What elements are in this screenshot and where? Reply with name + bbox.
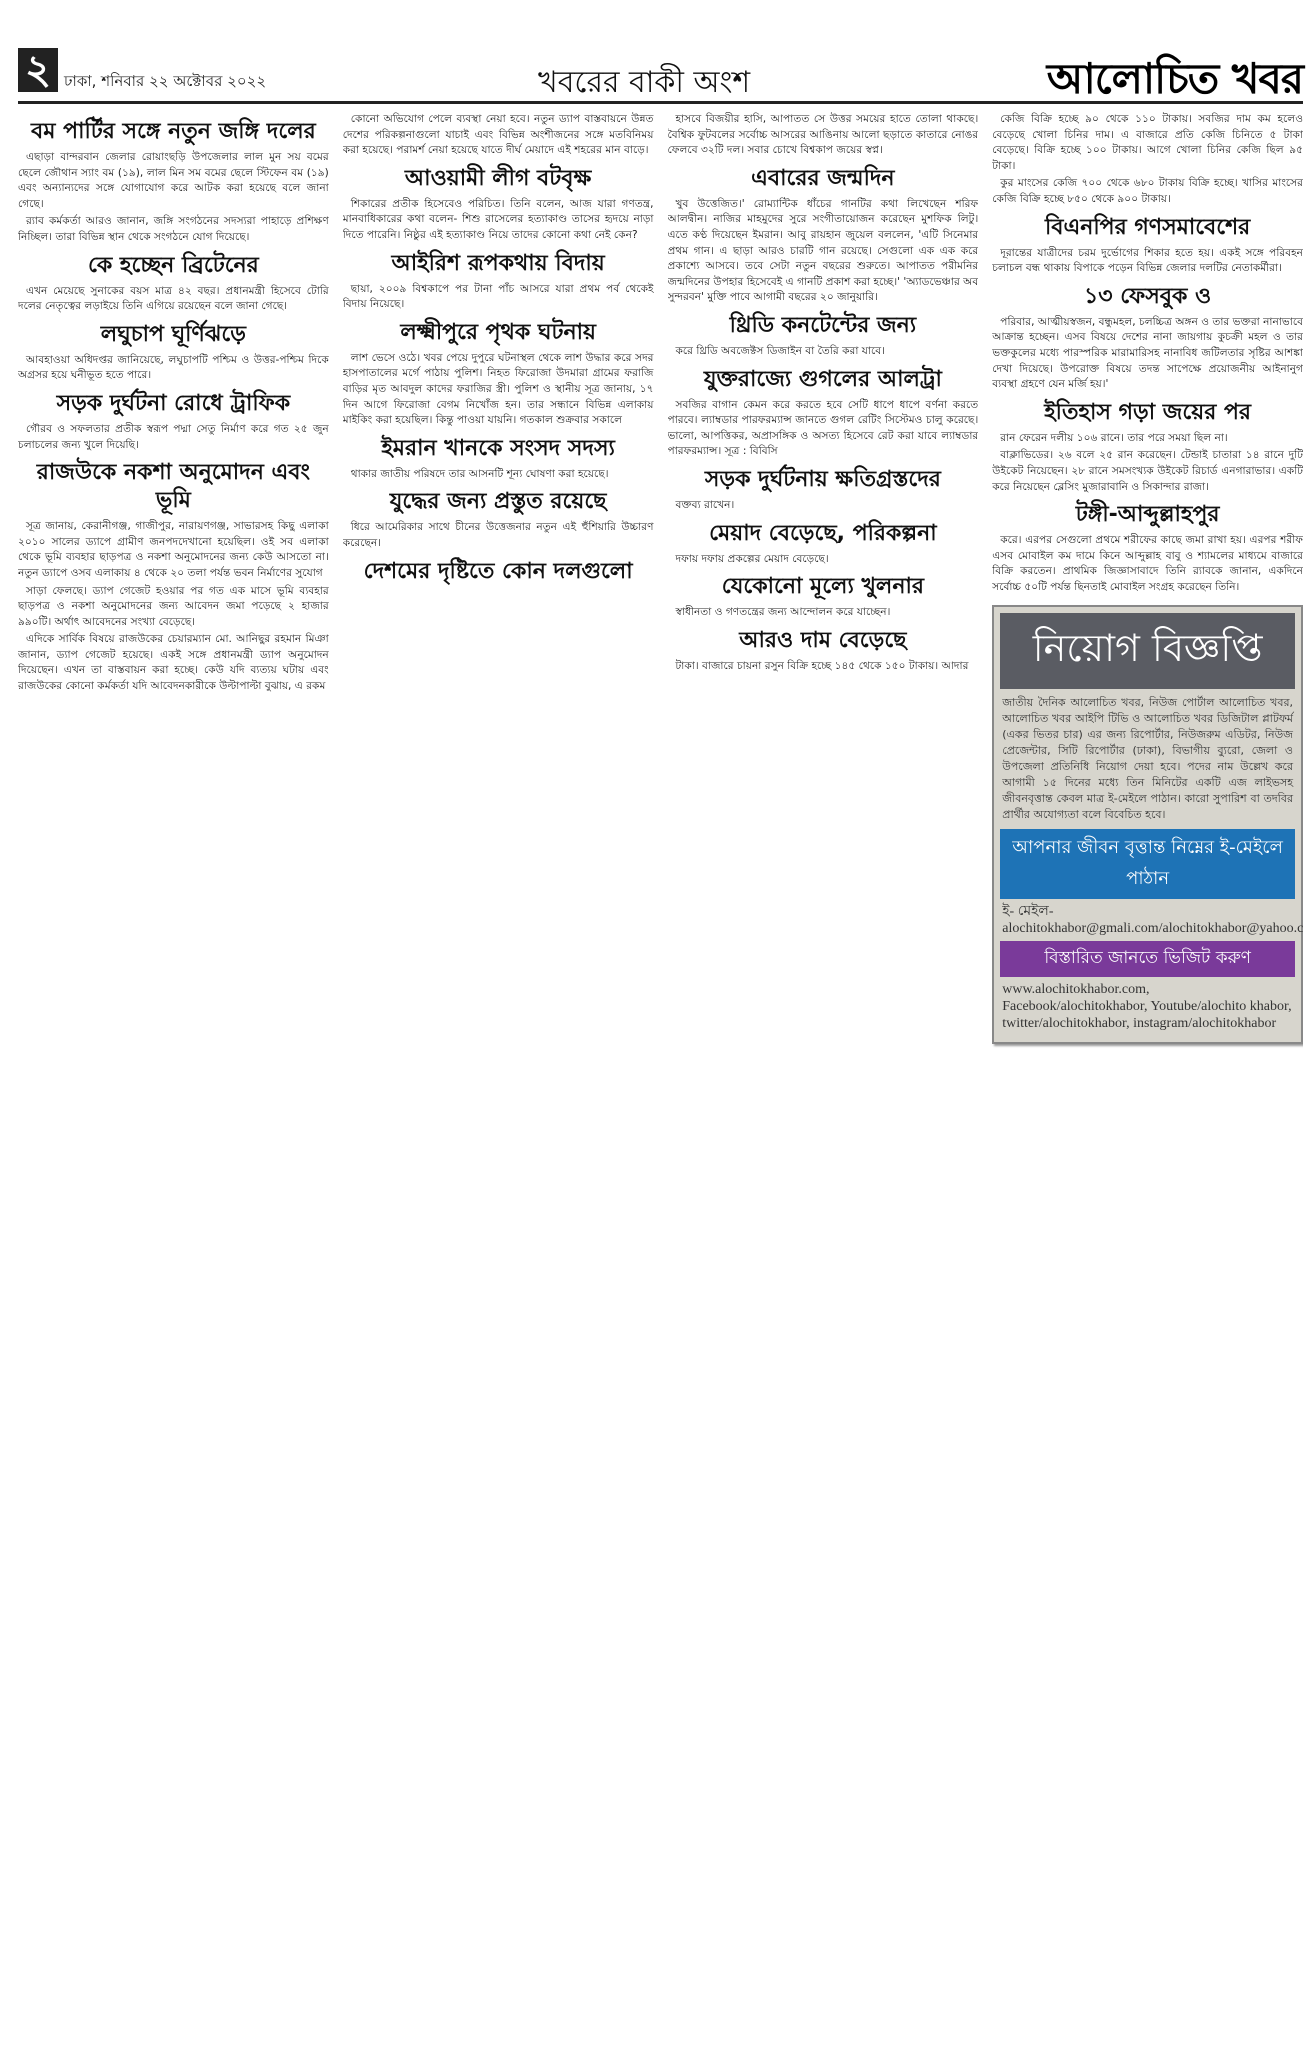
article-body: শিকারের প্রতীক হিসেবেও পরিচিত। তিনি বলেন…: [343, 197, 654, 244]
article-body: লাশ ভেসে ওঠে। খবর পেয়ে দুপুরে ঘটনাস্থল …: [343, 351, 654, 429]
news-article: যুক্তরাজ্যে গুগলের আলট্রাসবজির বাগান কেম…: [668, 366, 979, 460]
news-article: সড়ক দুর্ঘটনা রোধে ট্রাফিকগৌরব ও সফলতার …: [18, 390, 329, 453]
news-article: বিএনপির গণসমাবেশেরদূরান্তের যাত্রীদের চর…: [992, 214, 1303, 277]
news-article: লক্ষ্মীপুরে পৃথক ঘটনায়লাশ ভেসে ওঠে। খবর…: [343, 319, 654, 429]
article-paragraph: ধিরে আমেরিকার সাথে চীনের উত্তেজনার নতুন …: [343, 520, 654, 551]
article-headline: আওয়ামী লীগ বটবৃক্ষ: [343, 165, 654, 193]
article-body: ধিরে আমেরিকার সাথে চীনের উত্তেজনার নতুন …: [343, 520, 654, 551]
article-headline: কে হচ্ছেন ব্রিটেনের: [18, 252, 329, 280]
news-article: কোনো অভিযোগ পেলে ব্যবস্থা নেয়া হবে। নতু…: [343, 112, 654, 159]
article-paragraph: স্বাধীনতা ও গণতন্ত্রের জন্য আন্দোলন করে …: [668, 605, 979, 621]
news-article: আইরিশ রূপকথায় বিদায়ছায়া, ২০০৯ বিশ্বকা…: [343, 250, 654, 313]
article-headline: টঙ্গী-আব্দুল্লাহপুর: [992, 501, 1303, 529]
article-body: ছায়া, ২০০৯ বিশ্বকাপে পর টানা পাঁচ আসরে …: [343, 282, 654, 313]
article-headline: আরও দাম বেড়েছে: [668, 627, 979, 655]
news-article: রাজউকে নকশা অনুমোদন এবং ভূমিসূত্র জানায়…: [18, 459, 329, 695]
column-4-articles: কেজি বিক্রি হচ্ছে ৯০ থেকে ১১০ টাকায়। সব…: [992, 112, 1303, 595]
article-body: থাকার জাতীয় পরিষদে তার আসনটি শূন্য ঘোষণ…: [343, 467, 654, 483]
article-headline: মেয়াদ বেড়েছে, পরিকল্পনা: [668, 520, 979, 548]
article-paragraph: এছাড়া বান্দরবান জেলার রোয়াংছড়ি উপজেলা…: [18, 150, 329, 212]
article-body: করে থ্রিডি অবজেক্টস ডিজাইন বা তৈরি করা য…: [668, 344, 979, 360]
news-article: কেজি বিক্রি হচ্ছে ৯০ থেকে ১১০ টাকায়। সব…: [992, 112, 1303, 208]
news-article: আরও দাম বেড়েছেটাকা। বাজারে চায়না রসুন …: [668, 627, 979, 675]
article-body: গৌরব ও সফলতার প্রতীক স্বরূপ পদ্মা সেতু ন…: [18, 422, 329, 453]
article-paragraph: র‍্যাব কর্মকর্তা আরও জানান, জঙ্গি সংগঠনে…: [18, 214, 329, 245]
article-paragraph: করে। এরপর সেগুলো প্রথমে শরীফের কাছে জমা …: [992, 533, 1303, 595]
news-article: আওয়ামী লীগ বটবৃক্ষশিকারের প্রতীক হিসেবে…: [343, 165, 654, 244]
article-paragraph: ছায়া, ২০০৯ বিশ্বকাপে পর টানা পাঁচ আসরে …: [343, 282, 654, 313]
column-4: কেজি বিক্রি হচ্ছে ৯০ থেকে ১১০ টাকায়। সব…: [992, 112, 1303, 2012]
article-paragraph: করে থ্রিডি অবজেক্টস ডিজাইন বা তৈরি করা য…: [668, 344, 979, 360]
article-headline: সড়ক দুর্ঘটনা রোধে ট্রাফিক: [18, 390, 329, 418]
article-paragraph: শিকারের প্রতীক হিসেবেও পরিচিত। তিনি বলেন…: [343, 197, 654, 244]
article-headline: রাজউকে নকশা অনুমোদন এবং ভূমি: [18, 459, 329, 515]
news-article: টঙ্গী-আব্দুল্লাহপুরকরে। এরপর সেগুলো প্রথ…: [992, 501, 1303, 595]
article-headline: যুদ্ধের জন্য প্রস্তুত রয়েছে: [343, 488, 654, 516]
article-body: খুব উত্তেজিত।' রোম্যান্টিক ধাঁচের গানটির…: [668, 197, 979, 306]
article-headline: আইরিশ রূপকথায় বিদায়: [343, 250, 654, 278]
article-paragraph: কোনো অভিযোগ পেলে ব্যবস্থা নেয়া হবে। নতু…: [343, 112, 654, 159]
news-columns: বম পার্টির সঙ্গে নতুন জঙ্গি দলেরএছাড়া ব…: [18, 112, 1303, 2012]
page-masthead: ২ ঢাকা, শনিবার ২২ অক্টোবর ২০২২ খবরের বাক…: [18, 44, 1303, 104]
email-address-line[interactable]: ই- মেইল- alochitokhabor@gmali.com/alochi…: [1002, 903, 1293, 937]
article-paragraph: পরিবার, আত্মীয়স্বজন, বন্ধুমহল, চলচ্চিত্…: [992, 315, 1303, 393]
news-article: দেশমের দৃষ্টিতে কোন দলগুলো: [343, 558, 654, 586]
visit-cta-banner: বিস্তারিত জানতে ভিজিট করুণ: [1000, 941, 1295, 977]
article-paragraph: দফায় দফায় প্রকল্পের মেয়াদ বেড়েছে।: [668, 552, 979, 568]
article-headline: ১৩ ফেসবুক ও: [992, 283, 1303, 311]
article-paragraph: কেজি বিক্রি হচ্ছে ৯০ থেকে ১১০ টাকায়। সব…: [992, 112, 1303, 174]
news-article: থ্রিডি কনটেন্টের জন্যকরে থ্রিডি অবজেক্টস…: [668, 312, 979, 360]
article-paragraph: হাসবে বিজয়ীর হাসি, আপাতত সে উত্তর সময়ে…: [668, 112, 979, 159]
article-body: এছাড়া বান্দরবান জেলার রোয়াংছড়ি উপজেলা…: [18, 150, 329, 246]
news-article: ১৩ ফেসবুক ওপরিবার, আত্মীয়স্বজন, বন্ধুমহ…: [992, 283, 1303, 393]
article-body: পরিবার, আত্মীয়স্বজন, বন্ধুমহল, চলচ্চিত্…: [992, 315, 1303, 393]
newspaper-logo: আলোচিত খবর: [1047, 46, 1303, 117]
article-body: দূরান্তের যাত্রীদের চরম দুর্ভোগের শিকার …: [992, 246, 1303, 277]
article-body: করে। এরপর সেগুলো প্রথমে শরীফের কাছে জমা …: [992, 533, 1303, 595]
article-body: কেজি বিক্রি হচ্ছে ৯০ থেকে ১১০ টাকায়। সব…: [992, 112, 1303, 208]
article-body: আবহাওয়া অধিদপ্তর জানিয়েছে, লঘুচাপটি পশ…: [18, 353, 329, 384]
article-paragraph: বক্তব্য রাখেন।: [668, 498, 979, 514]
article-headline: বিএনপির গণসমাবেশের: [992, 214, 1303, 242]
article-paragraph: বাক্লাভিডের। ২৬ বলে ২৫ রান করেছেন। টেন্ড…: [992, 448, 1303, 495]
dateline: ঢাকা, শনিবার ২২ অক্টোবর ২০২২: [64, 70, 266, 95]
news-article: মেয়াদ বেড়েছে, পরিকল্পনাদফায় দফায় প্র…: [668, 520, 979, 568]
news-article: ইমরান খানকে সংসদ সদস্যথাকার জাতীয় পরিষদ…: [343, 435, 654, 483]
article-body: দফায় দফায় প্রকল্পের মেয়াদ বেড়েছে।: [668, 552, 979, 568]
article-headline: থ্রিডি কনটেন্টের জন্য: [668, 312, 979, 340]
article-body: কোনো অভিযোগ পেলে ব্যবস্থা নেয়া হবে। নতু…: [343, 112, 654, 159]
article-paragraph: এখন মেয়েছে সুনাকের বয়স মাত্র ৪২ বছর। প…: [18, 284, 329, 315]
job-ad-title: নিয়োগ বিজ্ঞপ্তি: [1000, 613, 1295, 689]
article-paragraph: টাকা। বাজারে চায়না রসুন বিক্রি হচ্ছে ১৪…: [668, 659, 979, 675]
page-number: ২: [18, 48, 58, 92]
news-article: ইতিহাস গড়া জয়ের পররান ফেরেন দলীয় ১০৬ …: [992, 399, 1303, 495]
social-links[interactable]: www.alochitokhabor.com, Facebook/alochit…: [1002, 981, 1293, 1032]
article-body: সবজির বাগান কেমন করে করতে হবে সেটি ধাপে …: [668, 398, 979, 460]
email-cta-banner: আপনার জীবন বৃত্তান্ত নিম্নের ই-মেইলে পাঠ…: [1000, 829, 1295, 899]
article-paragraph: এদিকে সার্বিক বিষয়ে রাজউকের চেয়ারম্যান…: [18, 632, 329, 694]
article-paragraph: থাকার জাতীয় পরিষদে তার আসনটি শূন্য ঘোষণ…: [343, 467, 654, 483]
article-headline: লক্ষ্মীপুরে পৃথক ঘটনায়: [343, 319, 654, 347]
article-headline: সড়ক দুর্ঘটনায় ক্ষতিগ্রস্তদের: [668, 466, 979, 494]
article-headline: যেকোনো মূল্যে খুলনার: [668, 573, 979, 601]
news-article: যেকোনো মূল্যে খুলনারস্বাধীনতা ও গণতন্ত্র…: [668, 573, 979, 621]
news-article: এবারের জন্মদিনখুব উত্তেজিত।' রোম্যান্টিক…: [668, 165, 979, 306]
job-ad-text: জাতীয় দৈনিক আলোচিত খবর, নিউজ পোর্টাল আল…: [1002, 695, 1293, 823]
article-body: এখন মেয়েছে সুনাকের বয়স মাত্র ৪২ বছর। প…: [18, 284, 329, 315]
article-paragraph: গৌরব ও সফলতার প্রতীক স্বরূপ পদ্মা সেতু ন…: [18, 422, 329, 453]
column-3: হাসবে বিজয়ীর হাসি, আপাতত সে উত্তর সময়ে…: [668, 112, 979, 2012]
article-paragraph: সবজির বাগান কেমন করে করতে হবে সেটি ধাপে …: [668, 398, 979, 460]
article-headline: ইমরান খানকে সংসদ সদস্য: [343, 435, 654, 463]
column-1: বম পার্টির সঙ্গে নতুন জঙ্গি দলেরএছাড়া ব…: [18, 112, 329, 2012]
article-body: রান ফেরেন দলীয় ১০৬ রানে। তার পরে সময়া …: [992, 431, 1303, 495]
article-paragraph: সূত্র জানায়, কেরানীগঞ্জ, গাজীপুর, নারায…: [18, 519, 329, 581]
article-headline: এবারের জন্মদিন: [668, 165, 979, 193]
article-headline: যুক্তরাজ্যে গুগলের আলট্রা: [668, 366, 979, 394]
job-ad-box: নিয়োগ বিজ্ঞপ্তি জাতীয় দৈনিক আলোচিত খবর…: [992, 605, 1303, 1044]
news-article: হাসবে বিজয়ীর হাসি, আপাতত সে উত্তর সময়ে…: [668, 112, 979, 159]
article-headline: লঘুচাপ ঘূর্ণিঝড়ে: [18, 321, 329, 349]
news-article: লঘুচাপ ঘূর্ণিঝড়েআবহাওয়া অধিদপ্তর জানিয…: [18, 321, 329, 384]
article-headline: বম পার্টির সঙ্গে নতুন জঙ্গি দলের: [18, 118, 329, 146]
article-paragraph: সাড়া ফেলছে। ড্যাপ গেজেট হওয়ার পর গত এক…: [18, 584, 329, 631]
article-body: টাকা। বাজারে চায়না রসুন বিক্রি হচ্ছে ১৪…: [668, 659, 979, 675]
news-article: সড়ক দুর্ঘটনায় ক্ষতিগ্রস্তদেরবক্তব্য রা…: [668, 466, 979, 514]
article-body: সূত্র জানায়, কেরানীগঞ্জ, গাজীপুর, নারায…: [18, 519, 329, 695]
article-paragraph: খুব উত্তেজিত।' রোম্যান্টিক ধাঁচের গানটির…: [668, 197, 979, 306]
article-body: স্বাধীনতা ও গণতন্ত্রের জন্য আন্দোলন করে …: [668, 605, 979, 621]
news-article: যুদ্ধের জন্য প্রস্তুত রয়েছেধিরে আমেরিকা…: [343, 488, 654, 551]
article-paragraph: লাশ ভেসে ওঠে। খবর পেয়ে দুপুরে ঘটনাস্থল …: [343, 351, 654, 429]
article-headline: ইতিহাস গড়া জয়ের পর: [992, 399, 1303, 427]
article-paragraph: রান ফেরেন দলীয় ১০৬ রানে। তার পরে সময়া …: [992, 431, 1303, 447]
column-2: কোনো অভিযোগ পেলে ব্যবস্থা নেয়া হবে। নতু…: [343, 112, 654, 2012]
article-body: বক্তব্য রাখেন।: [668, 498, 979, 514]
article-paragraph: আবহাওয়া অধিদপ্তর জানিয়েছে, লঘুচাপটি পশ…: [18, 353, 329, 384]
article-headline: দেশমের দৃষ্টিতে কোন দলগুলো: [343, 558, 654, 586]
article-paragraph: দূরান্তের যাত্রীদের চরম দুর্ভোগের শিকার …: [992, 246, 1303, 277]
article-paragraph: কুর মাংসের কেজি ৭০০ থেকে ৬৮০ টাকায় বিক্…: [992, 176, 1303, 207]
news-article: কে হচ্ছেন ব্রিটেনেরএখন মেয়েছে সুনাকের ব…: [18, 252, 329, 315]
article-body: হাসবে বিজয়ীর হাসি, আপাতত সে উত্তর সময়ে…: [668, 112, 979, 159]
section-title: খবরের বাকী অংশ: [538, 58, 750, 109]
news-article: বম পার্টির সঙ্গে নতুন জঙ্গি দলেরএছাড়া ব…: [18, 118, 329, 246]
